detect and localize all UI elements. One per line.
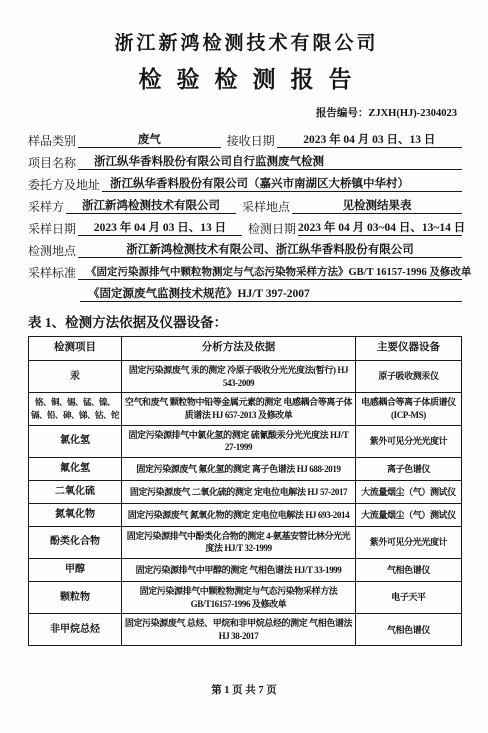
cell-instrument: 紫外可见分光光度计 — [355, 526, 461, 558]
cell-method: 固定污染源排气中甲醇的测定 气相色谱法 HJ/T 33-1999 — [122, 559, 356, 582]
table-header-row: 检测项目 分析方法及依据 主要仪器设备 — [29, 337, 462, 361]
table-row-mercury: 汞 固定污染源废气 汞的测定 冷原子吸收分光光度法(暂行) HJ 543-200… — [29, 361, 462, 393]
cell-item: 汞 — [29, 361, 122, 393]
report-title: 检验检测报告 — [28, 61, 462, 94]
cell-instrument: 电子天平 — [355, 582, 461, 614]
col-header-method: 分析方法及依据 — [122, 337, 356, 361]
cell-item: 颗粒物 — [29, 582, 122, 614]
received-date-label: 接收日期 — [221, 135, 277, 148]
table-row-metals: 铬、铜、锡、锰、镍、镉、铅、砷、锑、钴、铊 空气和废气 颗粒物中铅等金属元素的测… — [29, 393, 462, 426]
client-address-value: 浙江纵华香料股份有限公司（嘉兴市南湖区大桥镇中华村） — [102, 177, 462, 192]
table-row-nitrogen-oxides: 氮氧化物 固定污染源废气 氮氧化物的测定 定电位电解法 HJ 693-2014 … — [29, 503, 462, 526]
cell-instrument: 紫外可见分光光度计 — [355, 425, 461, 457]
cell-item: 铬、铜、锡、锰、镍、镉、铅、砷、锑、钴、铊 — [29, 393, 122, 426]
table-row-methanol: 甲醇 固定污染源排气中甲醇的测定 气相色谱法 HJ/T 33-1999 气相色谱… — [29, 559, 462, 582]
cell-item: 非甲烷总烃 — [29, 614, 122, 646]
cell-instrument: 电感耦合等离子体质谱仪(ICP-MS) — [355, 393, 461, 426]
col-header-instrument: 主要仪器设备 — [355, 337, 461, 361]
table-row-phenols: 酚类化合物 固定污染源排气中酚类化合物的测定 4-氨基安替比林分光光度法 HJ/… — [29, 526, 462, 558]
cell-instrument: 大流量烟尘（气）测试仪 — [355, 480, 461, 503]
cell-instrument: 大流量烟尘（气）测试仪 — [355, 503, 461, 526]
cell-method: 固定污染源排气中颗粒物测定与气态污染物采样方法 GB/T16157-1996 及… — [122, 582, 356, 614]
cell-method: 固定污染源废气 总烃、甲烷和非甲烷总烃的测定 气相色谱法 HJ 38-2017 — [122, 614, 356, 646]
test-date-label: 检测日期 — [242, 223, 298, 236]
sampling-date-value: 2023 年 04 月 03 日、13 日 — [78, 221, 242, 236]
cell-method: 固定污染源废气 氟化氢的测定 离子色谱法 HJ 688-2019 — [122, 457, 356, 480]
cell-method: 固定污染源废气 二氧化硫的测定 定电位电解法 HJ 57-2017 — [122, 480, 356, 503]
form-row-sampling-standard-2: 《固定源废气监测技术规范》HJ/T 397-2007 — [28, 280, 462, 302]
sampling-standard-label: 采样标准 — [28, 267, 78, 280]
project-name-value: 浙江纵华香料股份有限公司自行监测废气检测 — [78, 155, 462, 170]
cell-instrument: 气相色谱仪 — [355, 614, 461, 646]
report-number-value: ZJXH(HJ)-2304023 — [368, 108, 457, 119]
form-row-client-address: 委托方及地址 浙江纵华香料股份有限公司（嘉兴市南湖区大桥镇中华村） — [28, 170, 462, 192]
form-row-project-name: 项目名称 浙江纵华香料股份有限公司自行监测废气检测 — [28, 148, 462, 170]
sampling-date-label: 采样日期 — [28, 223, 78, 236]
sample-type-value: 废气 — [78, 133, 221, 148]
cell-method: 固定污染源废气 氮氧化物的测定 定电位电解法 HJ 693-2014 — [122, 503, 356, 526]
cell-method: 空气和废气 颗粒物中铅等金属元素的测定 电感耦合等离子体质谱法 HJ 657-2… — [122, 393, 356, 426]
project-name-label: 项目名称 — [28, 157, 78, 170]
cell-method: 固定污染源排气中酚类化合物的测定 4-氨基安替比林分光光度法 HJ/T 32-1… — [122, 526, 356, 558]
form-row-sampling-date: 采样日期 2023 年 04 月 03 日、13 日 检测日期 2023 年 0… — [28, 214, 462, 236]
form-row-test-location: 检测地点 浙江新鸿检测技术有限公司、浙江纵华香料股份有限公司 — [28, 236, 462, 258]
table-row-particulates: 颗粒物 固定污染源排气中颗粒物测定与气态污染物采样方法 GB/T16157-19… — [29, 582, 462, 614]
cell-item: 二氧化硫 — [29, 480, 122, 503]
report-number-label: 报告编号： — [316, 108, 369, 119]
cell-instrument: 离子色谱仪 — [355, 457, 461, 480]
cell-method: 固定污染源排气中氯化氢的测定 硫氰酸汞分光光度法 HJ/T 27-1999 — [122, 425, 356, 457]
sampler-value: 浙江新鸿检测技术有限公司 — [66, 199, 236, 214]
table1-title: 表 1、检测方法依据及仪器设备： — [28, 311, 462, 331]
sampling-standard-value: 《固定污染源排气中颗粒物测定与气态污染物采样方法》GB/T 16157-1996… — [78, 266, 462, 280]
form-row-sample-type: 样品类别 废气 接收日期 2023 年 04 月 03 日、13 日 — [28, 126, 462, 148]
company-name: 浙江新鸿检测技术有限公司 — [28, 28, 462, 55]
sampling-location-label: 采样地点 — [236, 201, 292, 214]
test-location-label: 检测地点 — [28, 245, 78, 258]
cell-method: 固定污染源废气 汞的测定 冷原子吸收分光光度法(暂行) HJ 543-2009 — [122, 361, 356, 393]
form-row-sampling-standard: 采样标准 《固定污染源排气中颗粒物测定与气态污染物采样方法》GB/T 16157… — [28, 258, 462, 280]
cell-item: 酚类化合物 — [29, 526, 122, 558]
sampling-standard-2-value: 《固定源废气监测技术规范》HJ/T 397-2007 — [80, 287, 462, 302]
report-number-line: 报告编号：ZJXH(HJ)-2304023 — [28, 105, 462, 120]
cell-item: 氟化氢 — [29, 457, 122, 480]
page-footer: 第 1 页 共 7 页 — [0, 682, 488, 697]
cell-item: 甲醇 — [29, 559, 122, 582]
report-page: 浙江新鸿检测技术有限公司 检验检测报告 报告编号：ZJXH(HJ)-230402… — [0, 0, 488, 733]
test-date-value: 2023 年 04 月 03~04 日、13~14 日 — [298, 221, 462, 236]
cell-instrument: 原子吸收测汞仪 — [355, 361, 461, 393]
sample-type-label: 样品类别 — [28, 135, 78, 148]
received-date-value: 2023 年 04 月 03 日、13 日 — [277, 133, 462, 148]
table-row-nmhc: 非甲烷总烃 固定污染源废气 总烃、甲烷和非甲烷总烃的测定 气相色谱法 HJ 38… — [29, 614, 462, 646]
cell-item: 氮氧化物 — [29, 503, 122, 526]
cell-item: 氯化氢 — [29, 425, 122, 457]
form-row-sampler: 采样方 浙江新鸿检测技术有限公司 采样地点 见检测结果表 — [28, 192, 462, 214]
table-row-hydrogen-chloride: 氯化氢 固定污染源排气中氯化氢的测定 硫氰酸汞分光光度法 HJ/T 27-199… — [29, 425, 462, 457]
methods-table: 检测项目 分析方法及依据 主要仪器设备 汞 固定污染源废气 汞的测定 冷原子吸收… — [28, 336, 462, 646]
col-header-item: 检测项目 — [29, 337, 122, 361]
sampler-label: 采样方 — [28, 201, 66, 214]
cell-instrument: 气相色谱仪 — [355, 559, 461, 582]
client-address-label: 委托方及地址 — [28, 179, 102, 192]
sampling-location-value: 见检测结果表 — [292, 199, 462, 214]
sample-info-form: 样品类别 废气 接收日期 2023 年 04 月 03 日、13 日 项目名称 … — [28, 126, 462, 302]
table-row-sulfur-dioxide: 二氧化硫 固定污染源废气 二氧化硫的测定 定电位电解法 HJ 57-2017 大… — [29, 480, 462, 503]
table-row-hydrogen-fluoride: 氟化氢 固定污染源废气 氟化氢的测定 离子色谱法 HJ 688-2019 离子色… — [29, 457, 462, 480]
test-location-value: 浙江新鸿检测技术有限公司、浙江纵华香料股份有限公司 — [78, 243, 462, 258]
